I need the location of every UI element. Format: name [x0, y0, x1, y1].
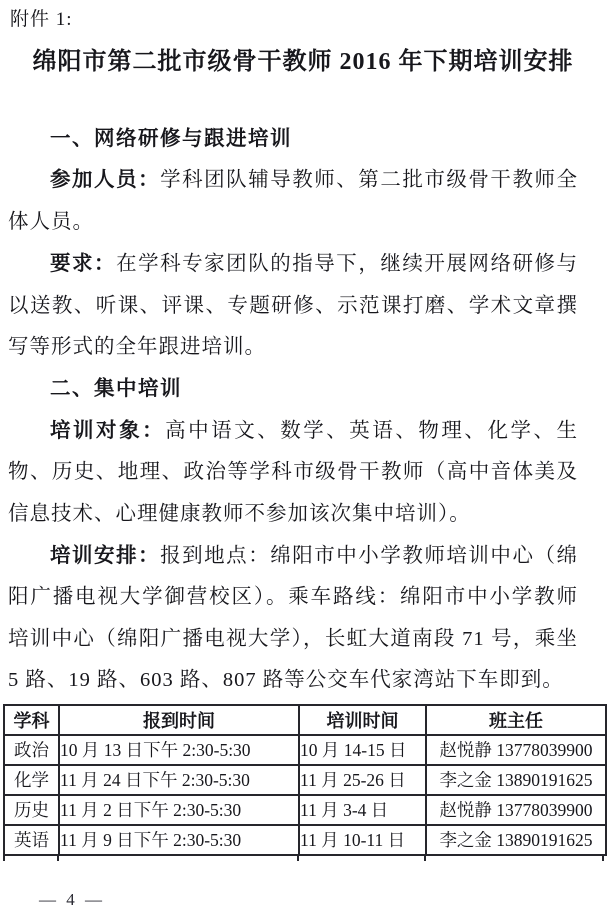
border-stub	[424, 855, 426, 861]
paragraph-arrangement-label: 培训安排：	[50, 544, 160, 567]
section-2-heading: 二、集中培训	[8, 368, 578, 409]
table-cell-training-time: 11 月 10-11 日	[299, 825, 426, 855]
table-row: 政治 10 月 13 日下午 2:30-5:30 10 月 14-15 日 赵悦…	[4, 735, 606, 765]
table-row: 化学 11 月 24 日下午 2:30-5:30 11 月 25-26 日 李之…	[4, 765, 606, 795]
paragraph-arrangement: 培训安排：报到地点：绵阳市中小学教师培训中心（绵阳广播电视大学御营校区）。乘车路…	[8, 535, 578, 702]
table-cell-class-teacher: 李之金 13890191625	[426, 825, 606, 855]
table-cell-class-teacher: 李之金 13890191625	[426, 765, 606, 795]
table-cell-subject: 历史	[4, 795, 59, 825]
col-header-class-teacher: 班主任	[426, 705, 606, 735]
table-cell-class-teacher: 赵悦静 13778039900	[426, 795, 606, 825]
table-cell-report-time: 10 月 13 日下午 2:30-5:30	[59, 735, 299, 765]
paragraph-trainees-label: 培训对象：	[50, 419, 165, 442]
table-row: 英语 11 月 9 日下午 2:30-5:30 11 月 10-11 日 李之金…	[4, 825, 606, 855]
training-schedule-table: 学科 报到时间 培训时间 班主任 政治 10 月 13 日下午 2:30-5:3…	[3, 704, 607, 856]
table-cell-subject: 英语	[4, 825, 59, 855]
document-content: 附件 1: 绵阳市第二批市级骨干教师 2016 年下期培训安排 一、网络研修与跟…	[0, 0, 607, 910]
page-number: — 4 —	[39, 890, 578, 910]
border-stub	[297, 855, 299, 861]
table-cell-report-time: 11 月 24 日下午 2:30-5:30	[59, 765, 299, 795]
paragraph-requirements-label: 要求：	[50, 252, 116, 275]
border-stub	[3, 855, 5, 861]
paragraph-requirements: 要求：在学科专家团队的指导下，继续开展网络研修与以送教、听课、评课、专题研修、示…	[8, 243, 578, 368]
border-stub	[57, 855, 59, 861]
table-cell-class-teacher: 赵悦静 13778039900	[426, 735, 606, 765]
table-cell-training-time: 11 月 25-26 日	[299, 765, 426, 795]
document-page: 附件 1: 绵阳市第二批市级骨干教师 2016 年下期培训安排 一、网络研修与跟…	[0, 0, 607, 917]
document-title: 绵阳市第二批市级骨干教师 2016 年下期培训安排	[8, 46, 598, 78]
section-1-heading: 一、网络研修与跟进培训	[8, 118, 578, 159]
col-header-training-time: 培训时间	[299, 705, 426, 735]
paragraph-trainees: 培训对象：高中语文、数学、英语、物理、化学、生物、历史、地理、政治等学科市级骨干…	[8, 410, 578, 535]
table-cell-report-time: 11 月 9 日下午 2:30-5:30	[59, 825, 299, 855]
attachment-label: 附件 1:	[10, 6, 578, 34]
paragraph-participants-label: 参加人员：	[50, 168, 160, 191]
table-cell-training-time: 11 月 3-4 日	[299, 795, 426, 825]
paragraph-participants: 参加人员：学科团队辅导教师、第二批市级骨干教师全体人员。	[8, 159, 578, 243]
table-row: 历史 11 月 2 日下午 2:30-5:30 11 月 3-4 日 赵悦静 1…	[4, 795, 606, 825]
col-header-report-time: 报到时间	[59, 705, 299, 735]
table-cell-subject: 政治	[4, 735, 59, 765]
table-cell-subject: 化学	[4, 765, 59, 795]
table-cell-report-time: 11 月 2 日下午 2:30-5:30	[59, 795, 299, 825]
col-header-subject: 学科	[4, 705, 59, 735]
table-pagebreak-border-stubs	[3, 856, 605, 862]
table-header-row: 学科 报到时间 培训时间 班主任	[4, 705, 606, 735]
border-stub	[602, 855, 604, 861]
table-cell-training-time: 10 月 14-15 日	[299, 735, 426, 765]
